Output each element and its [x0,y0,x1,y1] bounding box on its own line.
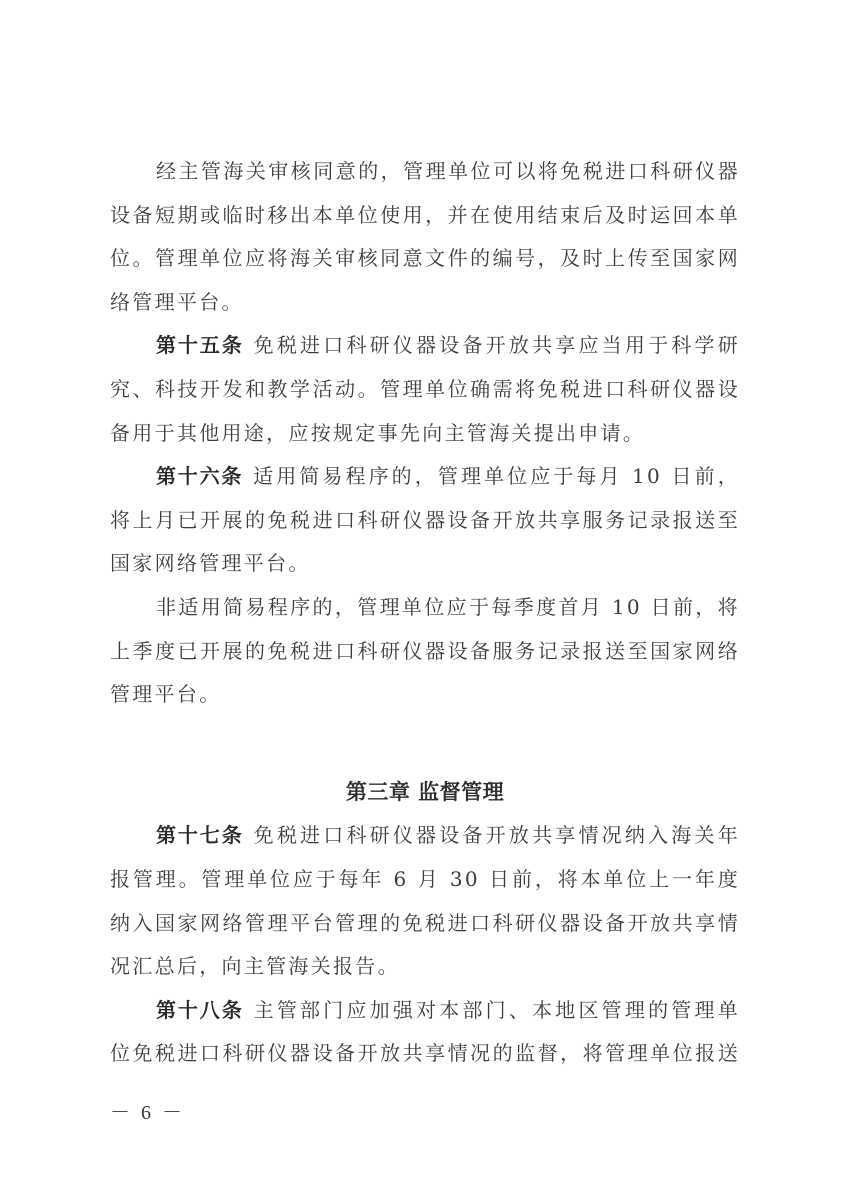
article-number: 第十六条 [156,464,243,488]
article-15: 第十五条免税进口科研仪器设备开放共享应当用于科学研究、科技开发和教学活动。管理单… [110,324,740,455]
paragraph-relocation-approval: 经主管海关审核同意的，管理单位可以将免税进口科研仪器设备短期或临时移出本单位使用… [110,150,740,324]
page-number: － 6 － [110,1096,183,1125]
document-body: 经主管海关审核同意的，管理单位可以将免税进口科研仪器设备短期或临时移出本单位使用… [110,150,740,1076]
paragraph-text: 非适用简易程序的，管理单位应于每季度首月 10 日前，将上季度已开展的免税进口科… [110,595,740,706]
article-number: 第十七条 [156,823,244,847]
article-18: 第十八条主管部门应加强对本部门、本地区管理的管理单位免税进口科研仪器设备开放共享… [110,989,740,1076]
article-number: 第十五条 [156,333,244,357]
article-17: 第十七条免税进口科研仪器设备开放共享情况纳入海关年报管理。管理单位应于每年 6 … [110,814,740,988]
chapter-heading: 第三章 监督管理 [110,771,740,815]
article-number: 第十八条 [156,998,244,1022]
paragraph-text: 经主管海关审核同意的，管理单位可以将免税进口科研仪器设备短期或临时移出本单位使用… [110,159,740,314]
paragraph-non-simplified-procedure: 非适用简易程序的，管理单位应于每季度首月 10 日前，将上季度已开展的免税进口科… [110,586,740,717]
document-page: 经主管海关审核同意的，管理单位可以将免税进口科研仪器设备短期或临时移出本单位使用… [0,0,848,1200]
article-16: 第十六条适用简易程序的，管理单位应于每月 10 日前，将上月已开展的免税进口科研… [110,455,740,586]
